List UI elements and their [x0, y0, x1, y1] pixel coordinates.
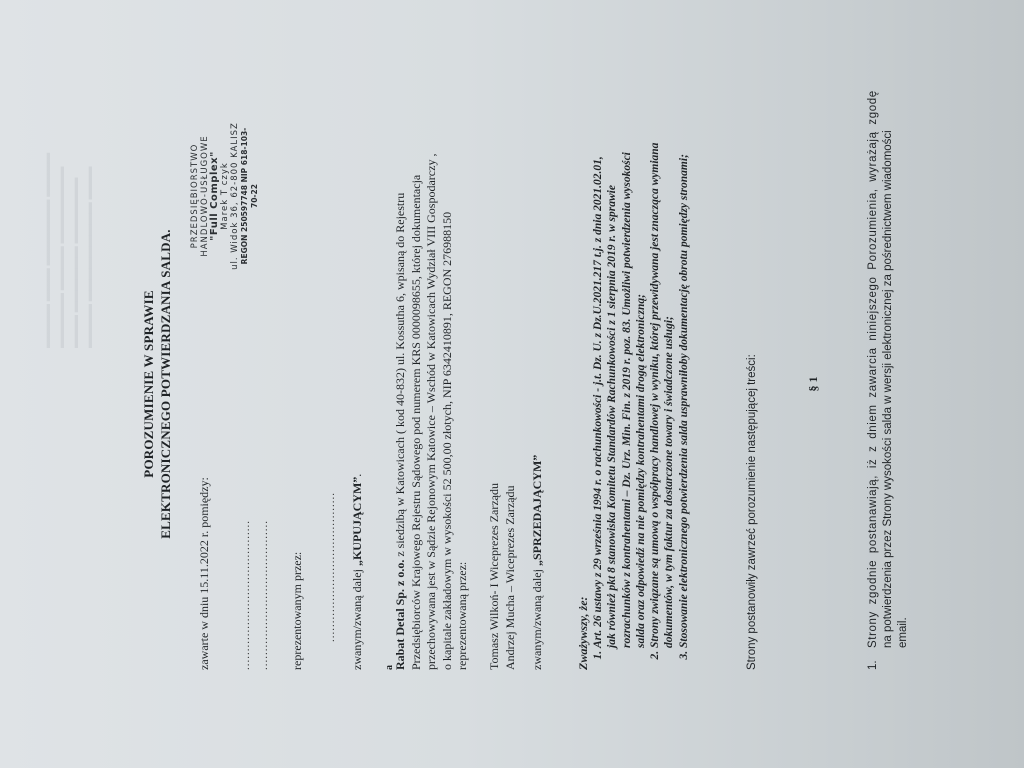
title-line-1: POROZUMIENIE W SPRAWIE	[140, 0, 157, 768]
seller-name: Rabat Detal Sp. z o.o.	[393, 560, 407, 670]
section-1-heading: § 1	[806, 0, 821, 768]
buyer-name: „KUPUJĄCYM”	[350, 477, 364, 566]
representatives: Tomasz Wilkoń- I Wiceprezes Zarządu Andr…	[487, 483, 518, 670]
buyer-represented-label: reprezentowanym przez:	[290, 552, 306, 670]
seller-designation: zwanym/zwaną dalej „SPRZEDAJĄCYM”	[530, 455, 546, 670]
intro-text: zawarte w dniu 15.11.2022 r. pomiędzy:	[197, 477, 213, 670]
whereas-item: Art. 26 ustawy z 29 września 1994 r. o r…	[591, 143, 648, 648]
blank-line-2: ........................................	[258, 520, 270, 670]
blank-line-1: ........................................	[240, 520, 252, 670]
whereas-item: Stosowanie elektronicznego potwierdzenia…	[677, 143, 691, 648]
document-title: POROZUMIENIE W SPRAWIE ELEKTRONICZNEGO P…	[140, 0, 174, 768]
buyer-designation: zwanym/zwaną dalej „KUPUJĄCYM”.	[350, 474, 366, 670]
whereas-label: Zważywszy, że:	[576, 596, 592, 670]
show-through-text: ▬▬▬▬ ▬▬▬ ▬▬▬▬▬▬ ▬▬▬▬▬▬▬▬▬ ▬▬▬▬ ▬▬▬▬▬▬▬▬▬…	[40, 153, 96, 348]
buyer-represented-blank: ........................................	[325, 492, 337, 642]
section-1-list: 1. Strony zgodnie postanawiają, iż z dni…	[866, 90, 911, 670]
agreement-intro: Strony postanowiły zawrzeć porozumienie …	[745, 354, 760, 670]
seller-designation-name: „SPRZEDAJĄCYM”	[530, 455, 544, 566]
company-stamp: PRZEDSIĘBIORSTWO HANDLOWO-USŁUGOWE "Full…	[190, 121, 260, 271]
document-page: ▬▬▬▬ ▬▬▬ ▬▬▬▬▬▬ ▬▬▬▬▬▬▬▬▬ ▬▬▬▬ ▬▬▬▬▬▬▬▬▬…	[0, 0, 1024, 768]
whereas-list: Art. 26 ustawy z 29 września 1994 r. o r…	[591, 143, 691, 670]
seller-block: Rabat Detal Sp. z o.o. z siedzibą w Kato…	[393, 154, 471, 670]
section-1-item: 1. Strony zgodnie postanawiają, iż z dni…	[866, 90, 911, 670]
whereas-item: Strony związane są umową o współpracy ha…	[648, 143, 677, 648]
item-number: 1.	[866, 648, 911, 670]
title-line-2: ELEKTRONICZNEGO POTWIERDZANIA SALDA.	[157, 0, 174, 768]
